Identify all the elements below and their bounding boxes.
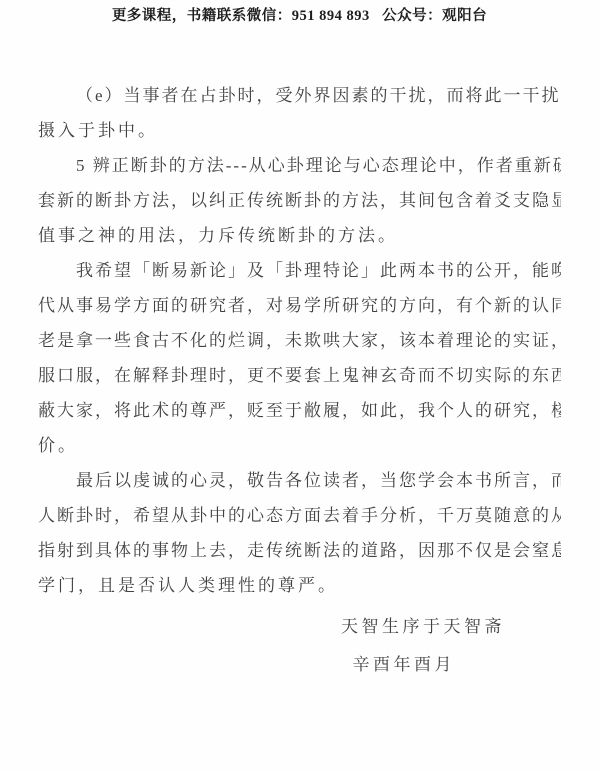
text-line: 5 辨正断卦的方法---从心卦理论与心态理论中，作者重新研究一 (38, 148, 561, 183)
text-line: 蔽大家，将此术的尊严，贬至于敝履，如此，我个人的研究，楼有个代 (38, 393, 561, 428)
scanned-document-page: 更多课程，书籍联系微信：951 894 893 公众号：观阳台 （e）当事者在占… (0, 0, 599, 772)
text-line: 老是拿一些食古不化的烂调，未欺哄大家，该本着理论的实证，叫人心 (38, 323, 561, 358)
paragraph: 我希望「断易新论」及「卦理特论」此两本书的公开，能唤起当代从事易学方面的研究者，… (38, 253, 561, 463)
text-line: 套新的断卦方法，以纠正传统断卦的方法，其间包含着爻支隐显性及 (38, 183, 561, 218)
text-line: 值事之神的用法，力斥传统断卦的方法。 (38, 218, 561, 253)
text-line: 最后以虔诚的心灵，敬告各位读者，当您学会本书所言，而能为别 (38, 463, 561, 498)
document-body: （e）当事者在占卦时，受外界因素的干扰，而将此一干扰心态，摄入于卦中。5 辨正断… (38, 78, 561, 684)
text-line: 指射到具体的事物上去，走传统断法的道路，因那不仅是会窒息一个 (38, 533, 561, 568)
signature-line: 辛酉年酉月 (38, 646, 561, 684)
signature-line: 天智生序于天智斋 (38, 608, 561, 646)
text-line: 摄入于卦中。 (38, 113, 561, 148)
text-line: 我希望「断易新论」及「卦理特论」此两本书的公开，能唤起当 (38, 253, 561, 288)
text-line: 人断卦时，希望从卦中的心态方面去着手分析，千万莫随意的从卦象， (38, 498, 561, 533)
paragraph: （e）当事者在占卦时，受外界因素的干扰，而将此一干扰心态，摄入于卦中。 (38, 78, 561, 148)
signature-block: 天智生序于天智斋辛酉年酉月 (38, 608, 561, 684)
text-line: 价。 (38, 428, 561, 463)
paragraph: 5 辨正断卦的方法---从心卦理论与心态理论中，作者重新研究一套新的断卦方法，以… (38, 148, 561, 253)
contact-header: 更多课程，书籍联系微信：951 894 893 公众号：观阳台 (0, 0, 599, 26)
paragraph: 最后以虔诚的心灵，敬告各位读者，当您学会本书所言，而能为别人断卦时，希望从卦中的… (38, 463, 561, 603)
text-line: 学门，且是否认人类理性的尊严。 (38, 568, 561, 603)
text-line: 代从事易学方面的研究者，对易学所研究的方向，有个新的认同；不要 (38, 288, 561, 323)
text-line: 服口服，在解释卦理时，更不要套上鬼神玄奇而不切实际的东西，来蒙 (38, 358, 561, 393)
text-line: （e）当事者在占卦时，受外界因素的干扰，而将此一干扰心态， (38, 78, 561, 113)
